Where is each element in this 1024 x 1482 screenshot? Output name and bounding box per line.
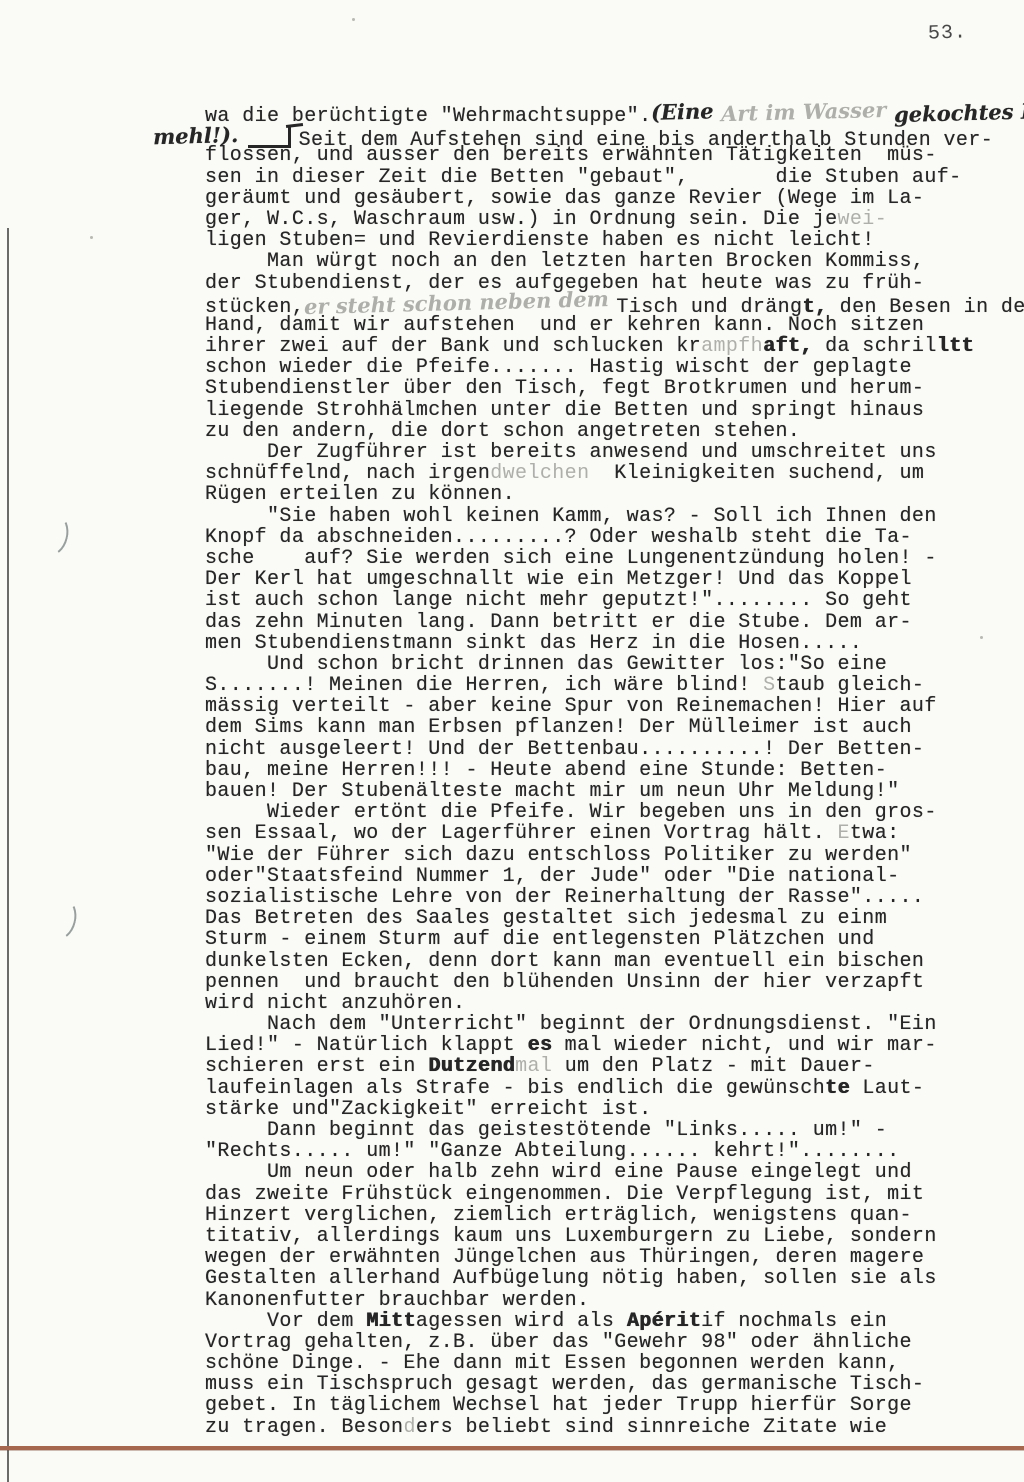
- text-segment: Der Kerl hat umgeschnallt wie ein Metzge…: [205, 568, 912, 591]
- text-segment: schnüffelnd, nach irgen: [205, 462, 490, 485]
- text-segment: Der Zugführer ist bereits anwesend und u…: [205, 441, 937, 464]
- text-line: sen in dieser Zeit die Betten "gebaut", …: [205, 167, 1024, 188]
- text-segment: Kanonenfutter brauchbar werden.: [205, 1289, 589, 1312]
- text-segment: Laut-: [850, 1077, 924, 1100]
- text-segment: Und schon bricht drinnen das Gewitter lo…: [205, 653, 887, 676]
- text-segment: mal wieder nicht, und wir mar-: [552, 1034, 936, 1057]
- text-segment: muss ein Tischspruch gesagt werden, das …: [205, 1373, 924, 1396]
- text-line: Nach dem "Unterricht" beginnt der Ordnun…: [205, 1014, 1024, 1035]
- text-line: oder"Staatsfeind Nummer 1, der Jude" ode…: [205, 866, 1024, 887]
- document-page: 53. wa die berüchtigte "Wehrmachtsuppe".…: [0, 0, 1024, 1482]
- text-line: zu den andern, die dort schon angetreten…: [205, 421, 1024, 442]
- text-line: S.......! Meinen die Herren, ich wäre bl…: [205, 675, 1024, 696]
- text-line: "Wie der Führer sich dazu entschloss Pol…: [205, 845, 1024, 866]
- text-line: Hinzert verglichen, ziemlich erträglich,…: [205, 1205, 1024, 1226]
- text-line: Rügen erteilen zu können.: [205, 484, 1024, 505]
- document-text: wa die berüchtigte "Wehrmachtsuppe".(Ein…: [205, 103, 1024, 1438]
- text-line: Wieder ertönt die Pfeife. Wir begeben un…: [205, 802, 1024, 823]
- page-number: 53.: [928, 21, 968, 45]
- text-segment: mässig verteilt - aber keine Spur von Re…: [205, 695, 937, 718]
- text-line: stücken,er steht schon neben dem Tisch u…: [205, 294, 1024, 315]
- text-line: geräumt und gesäubert, sowie das ganze R…: [205, 188, 1024, 209]
- punch-hole-mark: [41, 895, 80, 943]
- handwritten-annotation: er steht schon neben dem: [304, 288, 617, 317]
- text-line: "Rechts..... um!" "Ganze Abteilung......…: [205, 1141, 1024, 1162]
- text-segment: Rügen erteilen zu können.: [205, 483, 515, 506]
- text-line: ihrer zwei auf der Bank und schlucken kr…: [205, 336, 1024, 357]
- text-segment: gebet. In täglichem Wechsel hat jeder Tr…: [205, 1394, 912, 1417]
- scan-speck: [90, 236, 93, 239]
- text-segment: Lied!" - Natürlich klappt: [205, 1034, 527, 1057]
- text-segment: "Rechts..... um!" "Ganze Abteilung......…: [205, 1140, 900, 1163]
- text-line: Sturm - einem Sturm auf die entlegensten…: [205, 929, 1024, 950]
- punch-hole-mark: [33, 511, 72, 559]
- text-line: Stubendienstler über den Tisch, fegt Bro…: [205, 378, 1024, 399]
- text-line: mässig verteilt - aber keine Spur von Re…: [205, 696, 1024, 717]
- text-line: ligen Stuben= und Revierdienste haben es…: [205, 230, 1024, 251]
- text-segment: ltt: [937, 335, 974, 358]
- text-segment: Kleinigkeiten suchend, um: [589, 462, 924, 485]
- text-segment: ist auch schon lange nicht mehr geputzt!…: [205, 589, 912, 612]
- text-segment: Dutzend: [428, 1055, 515, 1078]
- text-segment: Knopf da abschneiden.........? Oder wesh…: [205, 526, 912, 549]
- text-segment: Um neun oder halb zehn wird eine Pause e…: [205, 1161, 912, 1184]
- text-segment: bauen! Der Stubenälteste macht mir um ne…: [205, 780, 900, 803]
- text-line: wa die berüchtigte "Wehrmachtsuppe".(Ein…: [205, 103, 1024, 124]
- text-line: wegen der erwähnten Jüngelchen aus Thüri…: [205, 1247, 1024, 1268]
- text-line: schnüffelnd, nach irgendwelchen Kleinigk…: [205, 463, 1024, 484]
- text-segment: bau, meine Herren!!! - Heute abend eine …: [205, 759, 887, 782]
- text-segment: Dann beginnt das geistestötende "Links..…: [205, 1119, 887, 1142]
- text-line: dem Sims kann man Erbsen pflanzen! Der M…: [205, 717, 1024, 738]
- text-segment: Nach dem "Unterricht" beginnt der Ordnun…: [205, 1013, 937, 1036]
- text-segment: ligen Stuben= und Revierdienste haben es…: [205, 229, 875, 252]
- text-segment: ger, W.C.s, Waschraum usw.) in Ordnung s…: [205, 208, 838, 231]
- text-line: muss ein Tischspruch gesagt werden, das …: [205, 1374, 1024, 1395]
- text-line: Dann beginnt das geistestötende "Links..…: [205, 1120, 1024, 1141]
- text-line: sche auf? Sie werden sich eine Lungenent…: [205, 548, 1024, 569]
- text-segment: dwelchen: [490, 462, 589, 485]
- text-segment: um den Platz - mit Dauer-: [552, 1055, 874, 1078]
- text-line: Das Betreten des Saales gestaltet sich j…: [205, 908, 1024, 929]
- scan-speck: [352, 18, 355, 21]
- text-line: schon wieder die Pfeife....... Hastig wi…: [205, 357, 1024, 378]
- text-segment: schon wieder die Pfeife....... Hastig wi…: [205, 356, 912, 379]
- text-segment: te: [825, 1077, 850, 1100]
- text-line: ger, W.C.s, Waschraum usw.) in Ordnung s…: [205, 209, 1024, 230]
- text-segment: dunkelsten Ecken, denn dort kann man eve…: [205, 950, 924, 973]
- text-line: Um neun oder halb zehn wird eine Pause e…: [205, 1162, 1024, 1183]
- text-segment: agessen wird als: [416, 1310, 627, 1333]
- text-line: Der Zugführer ist bereits anwesend und u…: [205, 442, 1024, 463]
- text-segment: Apérit: [627, 1310, 701, 1333]
- text-line: Vor dem Mittagessen wird als Apéritif no…: [205, 1311, 1024, 1332]
- text-segment: da schril: [813, 335, 937, 358]
- text-segment: stärke und"Zackigkeit" erreicht ist.: [205, 1098, 651, 1121]
- text-segment: Vor dem: [205, 1310, 366, 1333]
- text-segment: nicht ausgeleert! Und der Bettenbau.....…: [205, 738, 924, 761]
- text-segment: das zweite Frühstück eingenommen. Die Ve…: [205, 1183, 924, 1206]
- text-segment: flossen, und ausser den bereits erwähnte…: [205, 144, 937, 167]
- text-line: stärke und"Zackigkeit" erreicht ist.: [205, 1099, 1024, 1120]
- text-segment: d: [403, 1416, 415, 1439]
- text-segment: sen Essaal, wo der Lagerführer einen Vor…: [205, 822, 838, 845]
- text-segment: wegen der erwähnten Jüngelchen aus Thüri…: [205, 1246, 924, 1269]
- text-segment: ers beliebt sind sinnreiche Zitate wie: [416, 1416, 887, 1439]
- text-segment: S: [763, 674, 775, 697]
- text-line: pennen und braucht den blühenden Unsinn …: [205, 972, 1024, 993]
- text-segment: zu den andern, die dort schon angetreten…: [205, 420, 800, 443]
- text-segment: zu tragen. Beson: [205, 1416, 403, 1439]
- text-segment: "Sie haben wohl keinen Kamm, was? - Soll…: [205, 505, 937, 528]
- text-segment: S.......! Meinen die Herren, ich wäre bl…: [205, 674, 763, 697]
- text-segment: es: [527, 1034, 552, 1057]
- text-line: sozialistische Lehre von der Reinerhaltu…: [205, 887, 1024, 908]
- text-line: Und schon bricht drinnen das Gewitter lo…: [205, 654, 1024, 675]
- text-line: "Sie haben wohl keinen Kamm, was? - Soll…: [205, 506, 1024, 527]
- text-segment: Das Betreten des Saales gestaltet sich j…: [205, 907, 887, 930]
- text-line: schieren erst ein Dutzendmal um den Plat…: [205, 1056, 1024, 1077]
- text-segment: aft,: [763, 335, 813, 358]
- text-line: schöne Dinge. - Ehe dann mit Essen begon…: [205, 1353, 1024, 1374]
- text-line: men Stubendienstmann sinkt das Herz in d…: [205, 633, 1024, 654]
- text-line: flossen, und ausser den bereits erwähnte…: [205, 145, 1024, 166]
- text-segment: sen in dieser Zeit die Betten "gebaut", …: [205, 166, 962, 189]
- text-line: Lied!" - Natürlich klappt es mal wieder …: [205, 1035, 1024, 1056]
- text-line: bauen! Der Stubenälteste macht mir um ne…: [205, 781, 1024, 802]
- text-line: titativ, allerdings kaum uns Luxemburger…: [205, 1226, 1024, 1247]
- text-line: dunkelsten Ecken, denn dort kann man eve…: [205, 951, 1024, 972]
- text-segment: laufeinlagen als Strafe - bis endlich di…: [205, 1077, 825, 1100]
- text-line: Der Kerl hat umgeschnallt wie ein Metzge…: [205, 569, 1024, 590]
- text-segment: geräumt und gesäubert, sowie das ganze R…: [205, 187, 924, 210]
- text-segment: das zehn Minuten lang. Dann betritt er d…: [205, 611, 912, 634]
- text-segment: taub gleich-: [776, 674, 925, 697]
- text-line: liegende Strohhälmchen unter die Betten …: [205, 400, 1024, 421]
- text-segment: sozialistische Lehre von der Reinerhaltu…: [205, 886, 924, 909]
- text-line: Gestalten allerhand Aufbügelung nötig ha…: [205, 1268, 1024, 1289]
- text-segment: Vortrag gehalten, z.B. über das "Gewehr …: [205, 1331, 912, 1354]
- text-segment: schieren erst ein: [205, 1055, 428, 1078]
- text-segment: wird nicht anzuhören.: [205, 992, 465, 1015]
- text-line: nicht ausgeleert! Und der Bettenbau.....…: [205, 739, 1024, 760]
- text-line: Kanonenfutter brauchbar werden.: [205, 1290, 1024, 1311]
- text-segment: dem Sims kann man Erbsen pflanzen! Der M…: [205, 716, 912, 739]
- text-line: laufeinlagen als Strafe - bis endlich di…: [205, 1078, 1024, 1099]
- text-segment: twa:: [850, 822, 900, 845]
- text-line: Knopf da abschneiden.........? Oder wesh…: [205, 527, 1024, 548]
- text-line: das zehn Minuten lang. Dann betritt er d…: [205, 612, 1024, 633]
- text-segment: Wieder ertönt die Pfeife. Wir begeben un…: [205, 801, 937, 824]
- text-segment: sche auf? Sie werden sich eine Lungenent…: [205, 547, 937, 570]
- text-segment: E: [838, 822, 850, 845]
- text-line: bau, meine Herren!!! - Heute abend eine …: [205, 760, 1024, 781]
- text-segment: Mitt: [366, 1310, 416, 1333]
- text-segment: Man würgt noch an den letzten harten Bro…: [205, 250, 924, 273]
- text-segment: pennen und braucht den blühenden Unsinn …: [205, 971, 924, 994]
- text-segment: ihrer zwei auf der Bank und schlucken kr: [205, 335, 701, 358]
- text-line: Man würgt noch an den letzten harten Bro…: [205, 251, 1024, 272]
- text-line: Vortrag gehalten, z.B. über das "Gewehr …: [205, 1332, 1024, 1353]
- text-line: zu tragen. Besonders beliebt sind sinnre…: [205, 1417, 1024, 1438]
- text-segment: Sturm - einem Sturm auf die entlegensten…: [205, 928, 875, 951]
- scan-edge-line: [7, 228, 9, 1482]
- text-segment: Hinzert verglichen, ziemlich erträglich,…: [205, 1204, 912, 1227]
- page-bottom-rule: [0, 1446, 1024, 1450]
- text-segment: wei-: [838, 208, 888, 231]
- text-line: ist auch schon lange nicht mehr geputzt!…: [205, 590, 1024, 611]
- handwritten-annotation: Art im Wasser: [721, 99, 894, 125]
- text-segment: mal: [515, 1055, 552, 1078]
- text-line: das zweite Frühstück eingenommen. Die Ve…: [205, 1184, 1024, 1205]
- text-segment: titativ, allerdings kaum uns Luxemburger…: [205, 1225, 937, 1248]
- scan-speck: [980, 636, 983, 639]
- text-line: gebet. In täglichem Wechsel hat jeder Tr…: [205, 1395, 1024, 1416]
- text-line: wird nicht anzuhören.: [205, 993, 1024, 1014]
- handwritten-annotation: gekochtes Knochen.: [894, 98, 1024, 125]
- text-segment: schöne Dinge. - Ehe dann mit Essen begon…: [205, 1352, 900, 1375]
- handwritten-insertion-mark: [248, 127, 291, 148]
- text-segment: men Stubendienstmann sinkt das Herz in d…: [205, 632, 862, 655]
- text-line: sen Essaal, wo der Lagerführer einen Vor…: [205, 823, 1024, 844]
- text-segment: if nochmals ein: [701, 1310, 887, 1333]
- handwritten-annotation: (Eine: [651, 100, 721, 123]
- text-segment: Gestalten allerhand Aufbügelung nötig ha…: [205, 1267, 937, 1290]
- text-segment: oder"Staatsfeind Nummer 1, der Jude" ode…: [205, 865, 900, 888]
- handwritten-annotation: mehl!).: [153, 124, 246, 148]
- text-segment: liegende Strohhälmchen unter die Betten …: [205, 399, 924, 422]
- text-segment: "Wie der Führer sich dazu entschloss Pol…: [205, 844, 912, 867]
- text-segment: Stubendienstler über den Tisch, fegt Bro…: [205, 377, 924, 400]
- text-segment: ampfh: [701, 335, 763, 358]
- text-line: mehl!). Seit dem Aufstehen sind eine bis…: [153, 124, 1024, 145]
